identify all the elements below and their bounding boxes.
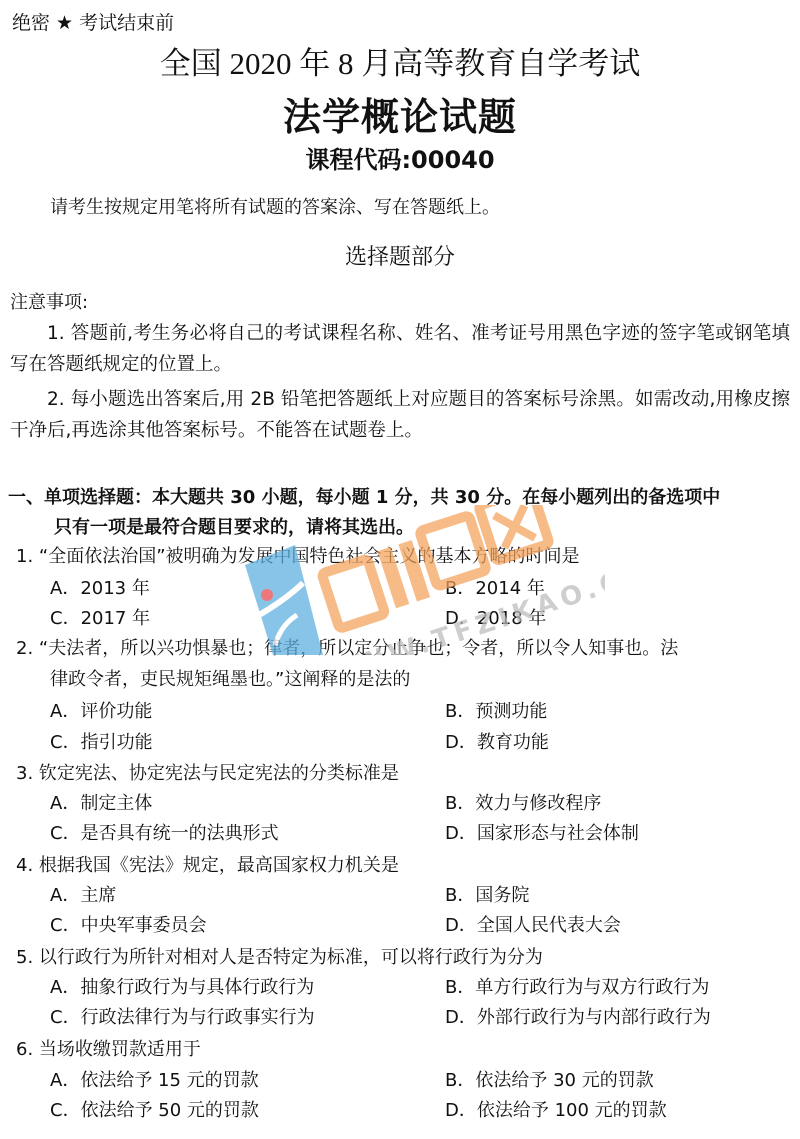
question-4-option-c: C．中央军事委员会 xyxy=(50,911,207,937)
question-5-option-a: A．抽象行政行为与具体行政行为 xyxy=(50,973,314,999)
question-4-stem: 4. 根据我国《宪法》规定，最高国家权力机关是 xyxy=(16,851,399,877)
exam-title: 全国 2020 年 8 月高等教育自学考试 xyxy=(0,38,800,83)
question-5-option-c: C．行政法律行为与行政事实行为 xyxy=(50,1003,315,1029)
question-3-option-a: A．制定主体 xyxy=(50,789,152,815)
question-4-option-a: A．主席 xyxy=(50,881,116,907)
question-4-option-d: D．全国人民代表大会 xyxy=(445,911,621,937)
subject-title: 法学概论试题 xyxy=(0,86,800,141)
question-4-option-b: B．国务院 xyxy=(445,881,529,907)
notice-item-2: 2. 每小题选出答案后,用 2B 铅笔把答题纸上对应题目的答案标号涂黑。如需改动… xyxy=(10,384,790,446)
question-1-option-d: D．2018 年 xyxy=(445,604,546,630)
question-3-option-d: D．国家形态与社会体制 xyxy=(445,819,639,845)
question-2-option-c: C．指引功能 xyxy=(50,728,153,754)
question-1-option-a: A．2013 年 xyxy=(50,574,150,600)
question-6-option-d: D．依法给予 100 元的罚款 xyxy=(445,1096,667,1122)
general-instruction: 请考生按规定用笔将所有试题的答案涂、写在答题纸上。 xyxy=(50,193,500,219)
question-3-option-b: B．效力与修改程序 xyxy=(445,789,601,815)
question-2-stem: 2. “夫法者，所以兴功惧暴也；律者，所以定分止争也；令者，所以令人知事也。法 … xyxy=(16,633,786,695)
question-5-option-b: B．单方行政行为与双方行政行为 xyxy=(445,973,709,999)
section-heading-line2: 只有一项是最符合题目要求的，请将其选出。 xyxy=(8,513,793,543)
question-2-option-b: B．预测功能 xyxy=(445,697,547,723)
question-5-option-d: D．外部行政行为与内部行政行为 xyxy=(445,1003,711,1029)
question-2-option-a: A．评价功能 xyxy=(50,697,152,723)
question-2-stem-line2: 律政令者，吏民规矩绳墨也。”这阐释的是法的 xyxy=(16,664,786,695)
question-3-stem: 3. 钦定宪法、协定宪法与民定宪法的分类标准是 xyxy=(16,759,399,785)
question-2-stem-line1: 2. “夫法者，所以兴功惧暴也；律者，所以定分止争也；令者，所以令人知事也。法 xyxy=(16,638,678,659)
question-1-stem: 1. “全面依法治国”被明确为发展中国特色社会主义的基本方略的时间是 xyxy=(16,542,580,568)
notice-item-1: 1. 答题前,考生务必将自己的考试课程名称、姓名、准考证号用黑色字迹的签字笔或钢… xyxy=(10,318,790,380)
question-6-option-b: B．依法给予 30 元的罚款 xyxy=(445,1066,654,1092)
question-6-option-c: C．依法给予 50 元的罚款 xyxy=(50,1096,259,1122)
question-2-option-d: D．教育功能 xyxy=(445,728,549,754)
question-1-option-c: C．2017 年 xyxy=(50,604,150,630)
question-6-option-a: A．依法给予 15 元的罚款 xyxy=(50,1066,259,1092)
confidential-mark: 绝密 ★ 考试结束前 xyxy=(12,8,174,35)
notice-heading: 注意事项: xyxy=(10,288,88,314)
course-code: 课程代码:00040 xyxy=(0,140,800,175)
part-title: 选择题部分 xyxy=(0,240,800,271)
question-3-option-c: C．是否具有统一的法典形式 xyxy=(50,819,279,845)
section-heading: 一、单项选择题：本大题共 30 小题，每小题 1 分，共 30 分。在每小题列出… xyxy=(8,483,793,543)
question-1-option-b: B．2014 年 xyxy=(445,574,545,600)
question-6-stem: 6. 当场收缴罚款适用于 xyxy=(16,1035,201,1061)
section-heading-line1: 一、单项选择题：本大题共 30 小题，每小题 1 分，共 30 分。在每小题列出… xyxy=(8,487,720,508)
question-5-stem: 5. 以行政行为所针对相对人是否特定为标准，可以将行政行为分为 xyxy=(16,943,543,969)
